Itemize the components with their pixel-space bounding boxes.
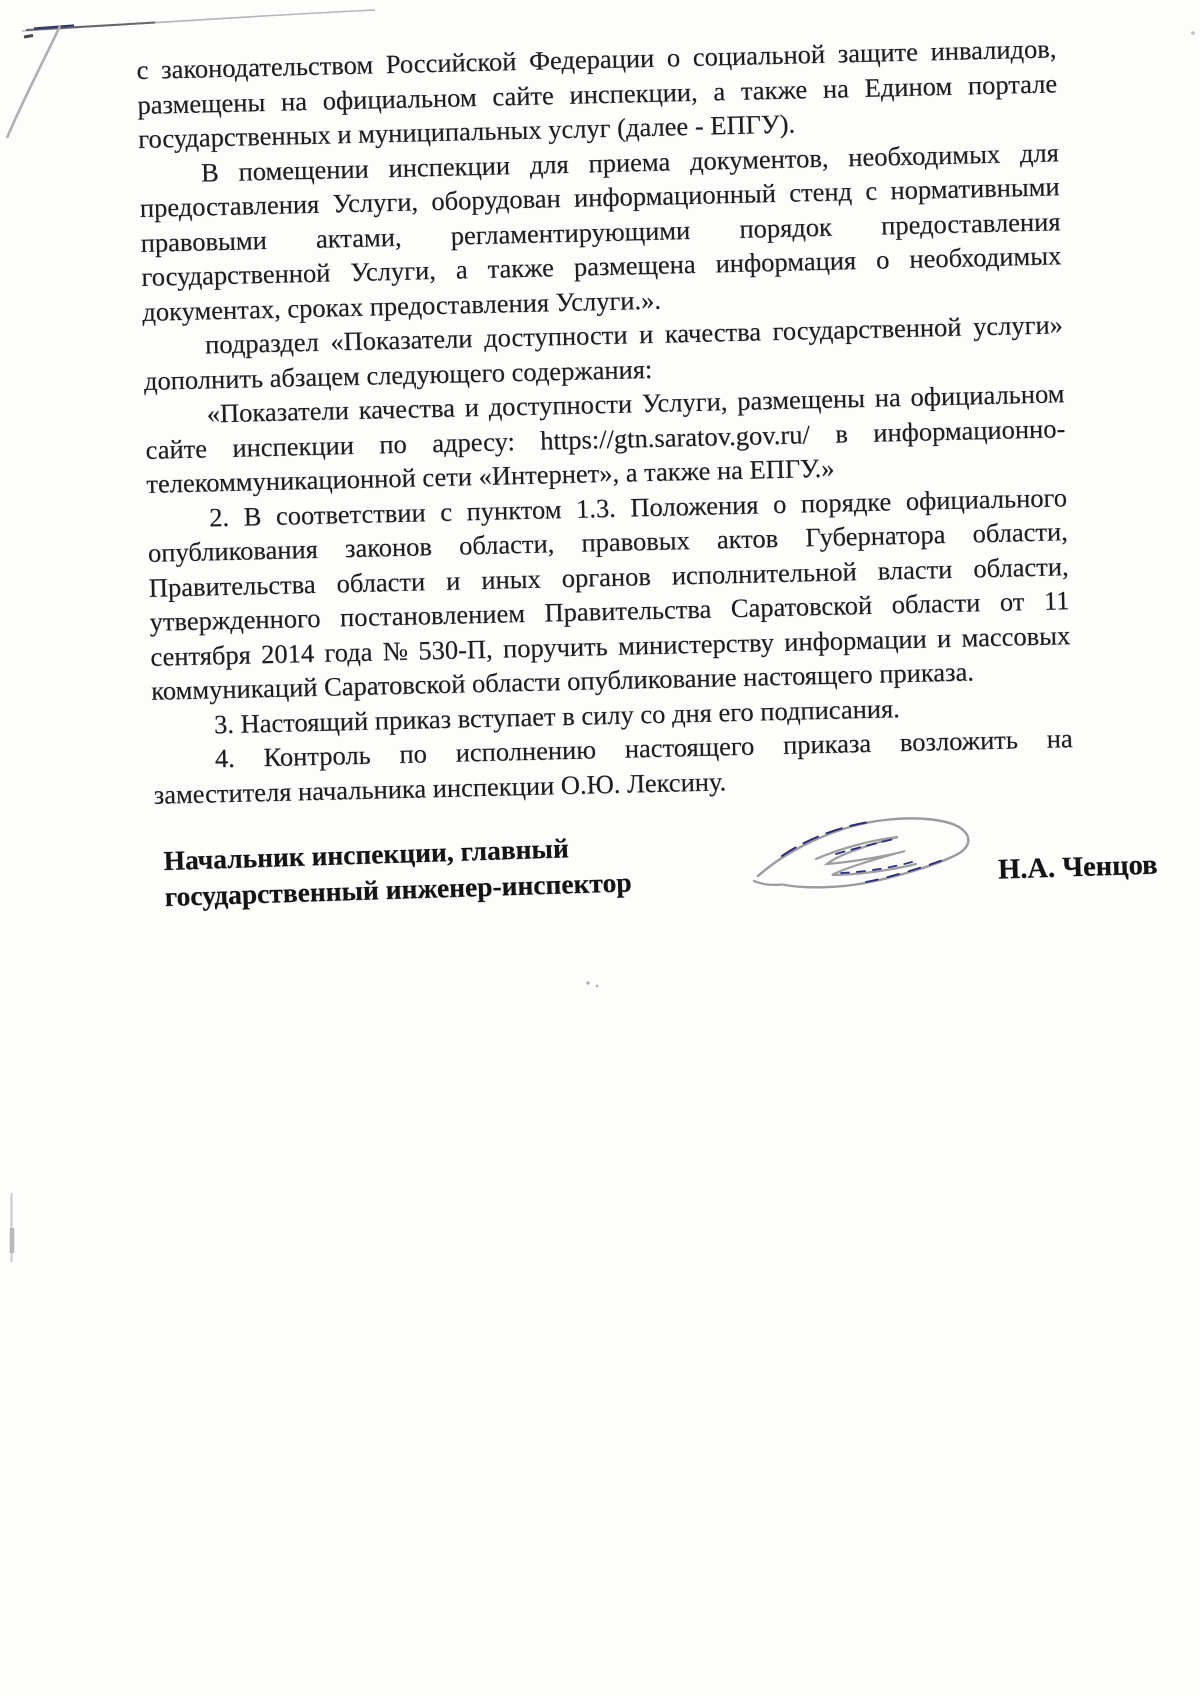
page-edge-top-blue-tinge — [34, 26, 74, 29]
dust-speck — [586, 981, 589, 984]
handwritten-signature — [746, 814, 980, 900]
dust-speck — [596, 985, 599, 988]
signer-name: Н.А. Ченцов — [998, 850, 1158, 887]
page-edge-top-dark-segment — [26, 23, 155, 31]
scanned-document-page: сзаконодательствомРоссийскойФедерацииосо… — [0, 0, 1200, 1697]
corner-dash-mark — [24, 36, 33, 38]
dust-speck — [1191, 31, 1195, 35]
page-edge-top-line — [22, 10, 375, 31]
signer-position: Начальник инспекции, главный государстве… — [163, 828, 632, 915]
document-body: сзаконодательствомРоссийскойФедерацииосо… — [136, 31, 1074, 811]
page-corner-diagonal-line — [7, 26, 60, 138]
